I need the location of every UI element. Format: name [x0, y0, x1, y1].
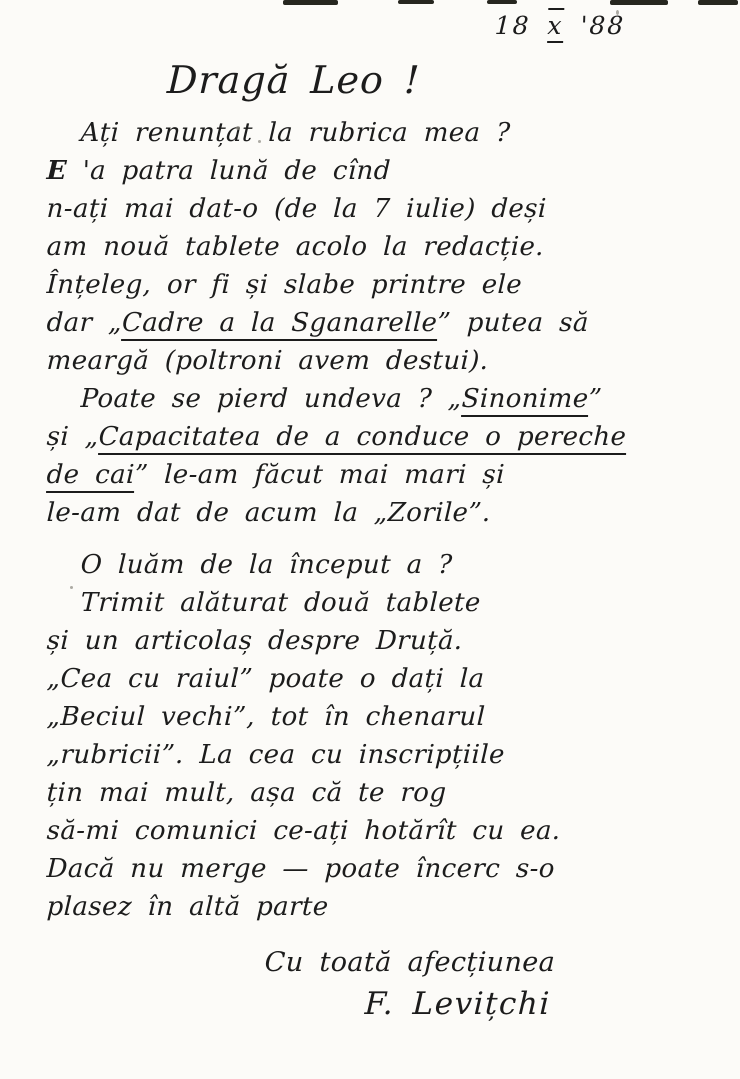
text-segment: Înțeleg, or fi și slabe printre ele — [46, 270, 522, 300]
text-segment: Dacă nu merge — poate încerc s-o — [46, 854, 555, 884]
text-segment: și „ — [46, 422, 99, 452]
scan-speck — [258, 140, 261, 143]
text-segment: ” putea să — [437, 308, 589, 338]
letter-line: Dacă nu merge — poate încerc s-o — [46, 850, 735, 888]
text-segment: Trimit alăturat două tablete — [80, 588, 481, 618]
scan-speck — [616, 10, 619, 15]
scan-edge-artifact — [698, 0, 738, 5]
letter-body: 18 x '88Dragă Leo !Ați renunțat la rubri… — [46, 6, 734, 1026]
text-segment: ” — [588, 384, 603, 414]
text-segment: le-am dat de acum la „Zorile”. — [46, 498, 491, 528]
scan-edge-artifact — [283, 0, 338, 5]
scan-speck — [236, 126, 240, 130]
scan-speck — [70, 586, 73, 589]
letter-line: și un articolaș despre Druță. — [46, 622, 735, 660]
underlined-title-text: Cadre a la Sganarelle — [121, 308, 438, 341]
underlined-title-text: x — [547, 8, 564, 43]
letter-line: să-mi comunici ce-ați hotărît cu ea. — [46, 812, 735, 850]
letter-line: n-ați mai dat-o (de la 7 iulie) deși — [46, 190, 735, 228]
text-segment: „rubricii”. La cea cu inscripțiile — [46, 740, 505, 770]
letter-line: „Cea cu raiul” poate o dați la — [46, 660, 735, 698]
text-segment: 'a patra lună de cînd — [66, 156, 391, 186]
salutation: Dragă Leo ! — [166, 50, 736, 110]
letter-line: „rubricii”. La cea cu inscripțiile — [46, 736, 735, 774]
scanned-letter-page: 18 x '88Dragă Leo !Ați renunțat la rubri… — [0, 0, 740, 1079]
text-segment: dar „ — [46, 308, 122, 338]
scan-edge-artifact — [610, 0, 668, 5]
letter-line: plasez în altă parte — [46, 888, 735, 926]
text-segment: și un articolaș despre Druță. — [46, 626, 463, 656]
letter-line: Ați renunțat la rubrica mea ? — [80, 114, 735, 152]
letter-line: le-am dat de acum la „Zorile”. — [46, 494, 735, 532]
letter-line: „Beciul vechi”, tot în chenarul — [46, 698, 735, 736]
closing-line: Cu toată afecțiunea — [264, 944, 735, 982]
letter-line: dar „Cadre a la Sganarelle” putea să — [46, 304, 735, 342]
text-segment: să-mi comunici ce-ați hotărît cu ea. — [46, 816, 561, 846]
letter-line: și „Capacitatea de a conduce o pereche — [46, 418, 735, 456]
letter-line: Trimit alăturat două tablete — [80, 584, 735, 622]
underlined-title-text: Sinonime — [461, 384, 589, 417]
text-segment: țin mai mult, așa că te rog — [46, 778, 447, 808]
text-segment: E — [46, 156, 67, 186]
scan-edge-artifact — [487, 0, 517, 4]
text-segment: am nouă tablete acolo la redacție. — [46, 232, 544, 262]
letter-line: Poate se pierd undeva ? „Sinonime” — [80, 380, 735, 418]
scan-edge-artifact — [398, 0, 434, 4]
letter-line: E 'a patra lună de cînd — [46, 152, 735, 190]
text-segment: Cu toată afecțiunea — [264, 947, 556, 978]
text-segment: F. Levițchi — [364, 986, 551, 1022]
letter-line: meargă (poltroni avem destui). — [46, 342, 735, 380]
text-segment: 18 — [494, 11, 548, 40]
text-segment: Poate se pierd undeva ? „ — [80, 384, 462, 414]
underlined-title-text: de cai — [46, 460, 135, 493]
letter-line: Înțeleg, or fi și slabe printre ele — [46, 266, 735, 304]
text-segment: „Beciul vechi”, tot în chenarul — [46, 702, 486, 732]
letter-line: de cai” le-am făcut mai mari și — [46, 456, 735, 494]
text-segment: n-ați mai dat-o (de la 7 iulie) deși — [46, 194, 547, 224]
text-segment: plasez în altă parte — [46, 892, 329, 922]
signature: F. Levițchi — [364, 982, 736, 1026]
text-segment: O luăm de la început a ? — [80, 550, 453, 580]
letter-line: am nouă tablete acolo la redacție. — [46, 228, 735, 266]
date-line: 18 x '88 — [494, 6, 735, 46]
text-segment: '88 — [563, 11, 626, 40]
underlined-title-text: Capacitatea de a conduce o pereche — [98, 422, 627, 455]
text-segment: Ați renunțat la rubrica mea ? — [80, 118, 511, 148]
text-segment: ” le-am făcut mai mari și — [134, 460, 505, 490]
letter-line: țin mai mult, așa că te rog — [46, 774, 735, 812]
text-segment: meargă (poltroni avem destui). — [46, 346, 489, 376]
letter-line: O luăm de la început a ? — [80, 546, 735, 584]
text-segment: „Cea cu raiul” poate o dați la — [46, 664, 485, 694]
text-segment: Dragă Leo ! — [166, 58, 421, 102]
